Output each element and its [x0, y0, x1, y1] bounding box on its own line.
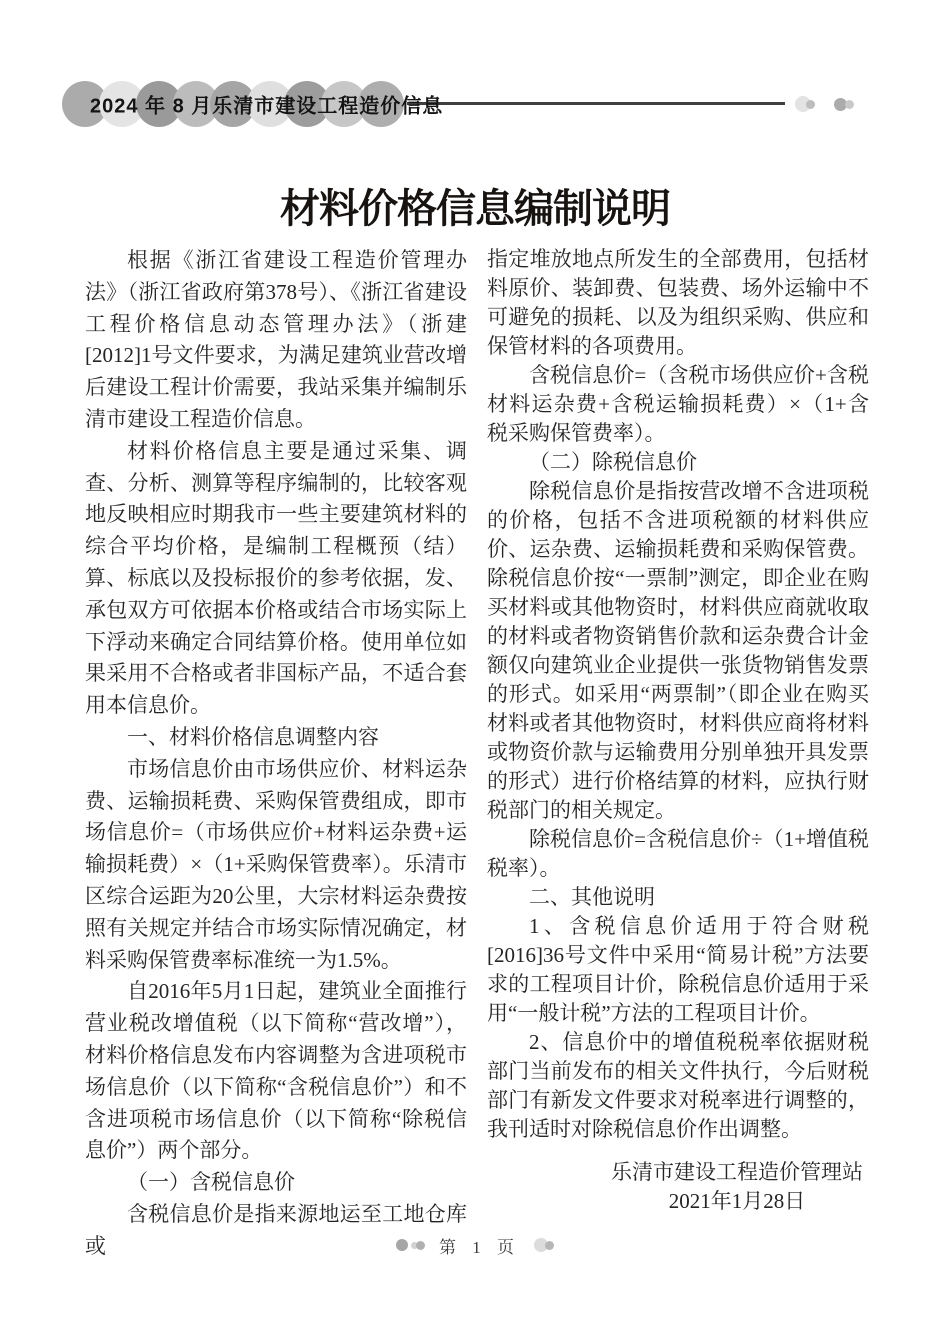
issue-title: 2024 年 8 月乐清市建设工程造价信息 — [90, 90, 443, 119]
paragraph: 自2016年5月1日起，建筑业全面推行营业税改增值税（以下简称“营改增”），材料… — [85, 976, 467, 1167]
page-number: 第 1 页 — [439, 1233, 520, 1258]
signature-block: 乐清市建设工程造价管理站 2021年1月28日 — [487, 1158, 869, 1216]
section-heading: 一、材料价格信息调整内容 — [85, 722, 467, 754]
page-header: 2024 年 8 月乐清市建设工程造价信息 — [62, 80, 888, 128]
paragraph: 根据《浙江省建设工程造价管理办法》（浙江省政府第378号）、《浙江省建设工程价格… — [85, 245, 467, 436]
header-rule — [407, 102, 785, 105]
document-body: 根据《浙江省建设工程造价管理办法》（浙江省政府第378号）、《浙江省建设工程价格… — [85, 245, 869, 1263]
section-heading: 二、其他说明 — [487, 883, 869, 912]
right-column: 指定堆放地点所发生的全部费用，包括材料原价、装卸费、包装费、场外运输中不可避免的… — [487, 245, 869, 1263]
paragraph: 除税信息价是指按营改增不含进项税的价格，包括不含进项税额的材料供应价、运杂费、运… — [487, 477, 869, 825]
decorative-circle — [845, 100, 854, 109]
decorative-circle — [806, 100, 815, 109]
decorative-circle — [416, 1241, 425, 1250]
footer-left-ornament — [396, 1239, 425, 1251]
decorative-circle — [545, 1241, 554, 1250]
signature-date: 2021年1月28日 — [611, 1187, 863, 1216]
page-title: 材料价格信息编制说明 — [0, 184, 950, 234]
footer-right-ornament — [534, 1238, 554, 1252]
page-footer: 第 1 页 — [0, 1232, 950, 1258]
paragraph: 材料价格信息主要是通过采集、调查、分析、测算等程序编制的，比较客观地反映相应时期… — [85, 436, 467, 722]
left-column: 根据《浙江省建设工程造价管理办法》（浙江省政府第378号）、《浙江省建设工程价格… — [85, 245, 467, 1263]
paragraph: 2、信息价中的增值税税率依据财税部门当前发布的相关文件执行，今后财税部门有新发文… — [487, 1028, 869, 1144]
decorative-circle — [396, 1239, 408, 1251]
paragraph: 指定堆放地点所发生的全部费用，包括材料原价、装卸费、包装费、场外运输中不可避免的… — [487, 245, 869, 361]
subsection-heading: （二）除税信息价 — [487, 448, 869, 477]
document-page: 2024 年 8 月乐清市建设工程造价信息 材料价格信息编制说明 根据《浙江省建… — [0, 0, 950, 1344]
paragraph: 1、含税信息价适用于符合财税[2016]36号文件中采用“简易计税”方法要求的工… — [487, 912, 869, 1028]
paragraph: 除税信息价=含税信息价÷（1+增值税税率）。 — [487, 825, 869, 883]
subsection-heading: （一）含税信息价 — [85, 1167, 467, 1199]
paragraph: 市场信息价由市场供应价、材料运杂费、运输损耗费、采购保管费组成，即市场信息价=（… — [85, 754, 467, 977]
header-right-ornament — [795, 80, 854, 128]
paragraph: 含税信息价=（含税市场供应价+含税材料运杂费+含税运输损耗费）×（1+含税采购保… — [487, 361, 869, 448]
signature-organization: 乐清市建设工程造价管理站 — [611, 1158, 863, 1187]
